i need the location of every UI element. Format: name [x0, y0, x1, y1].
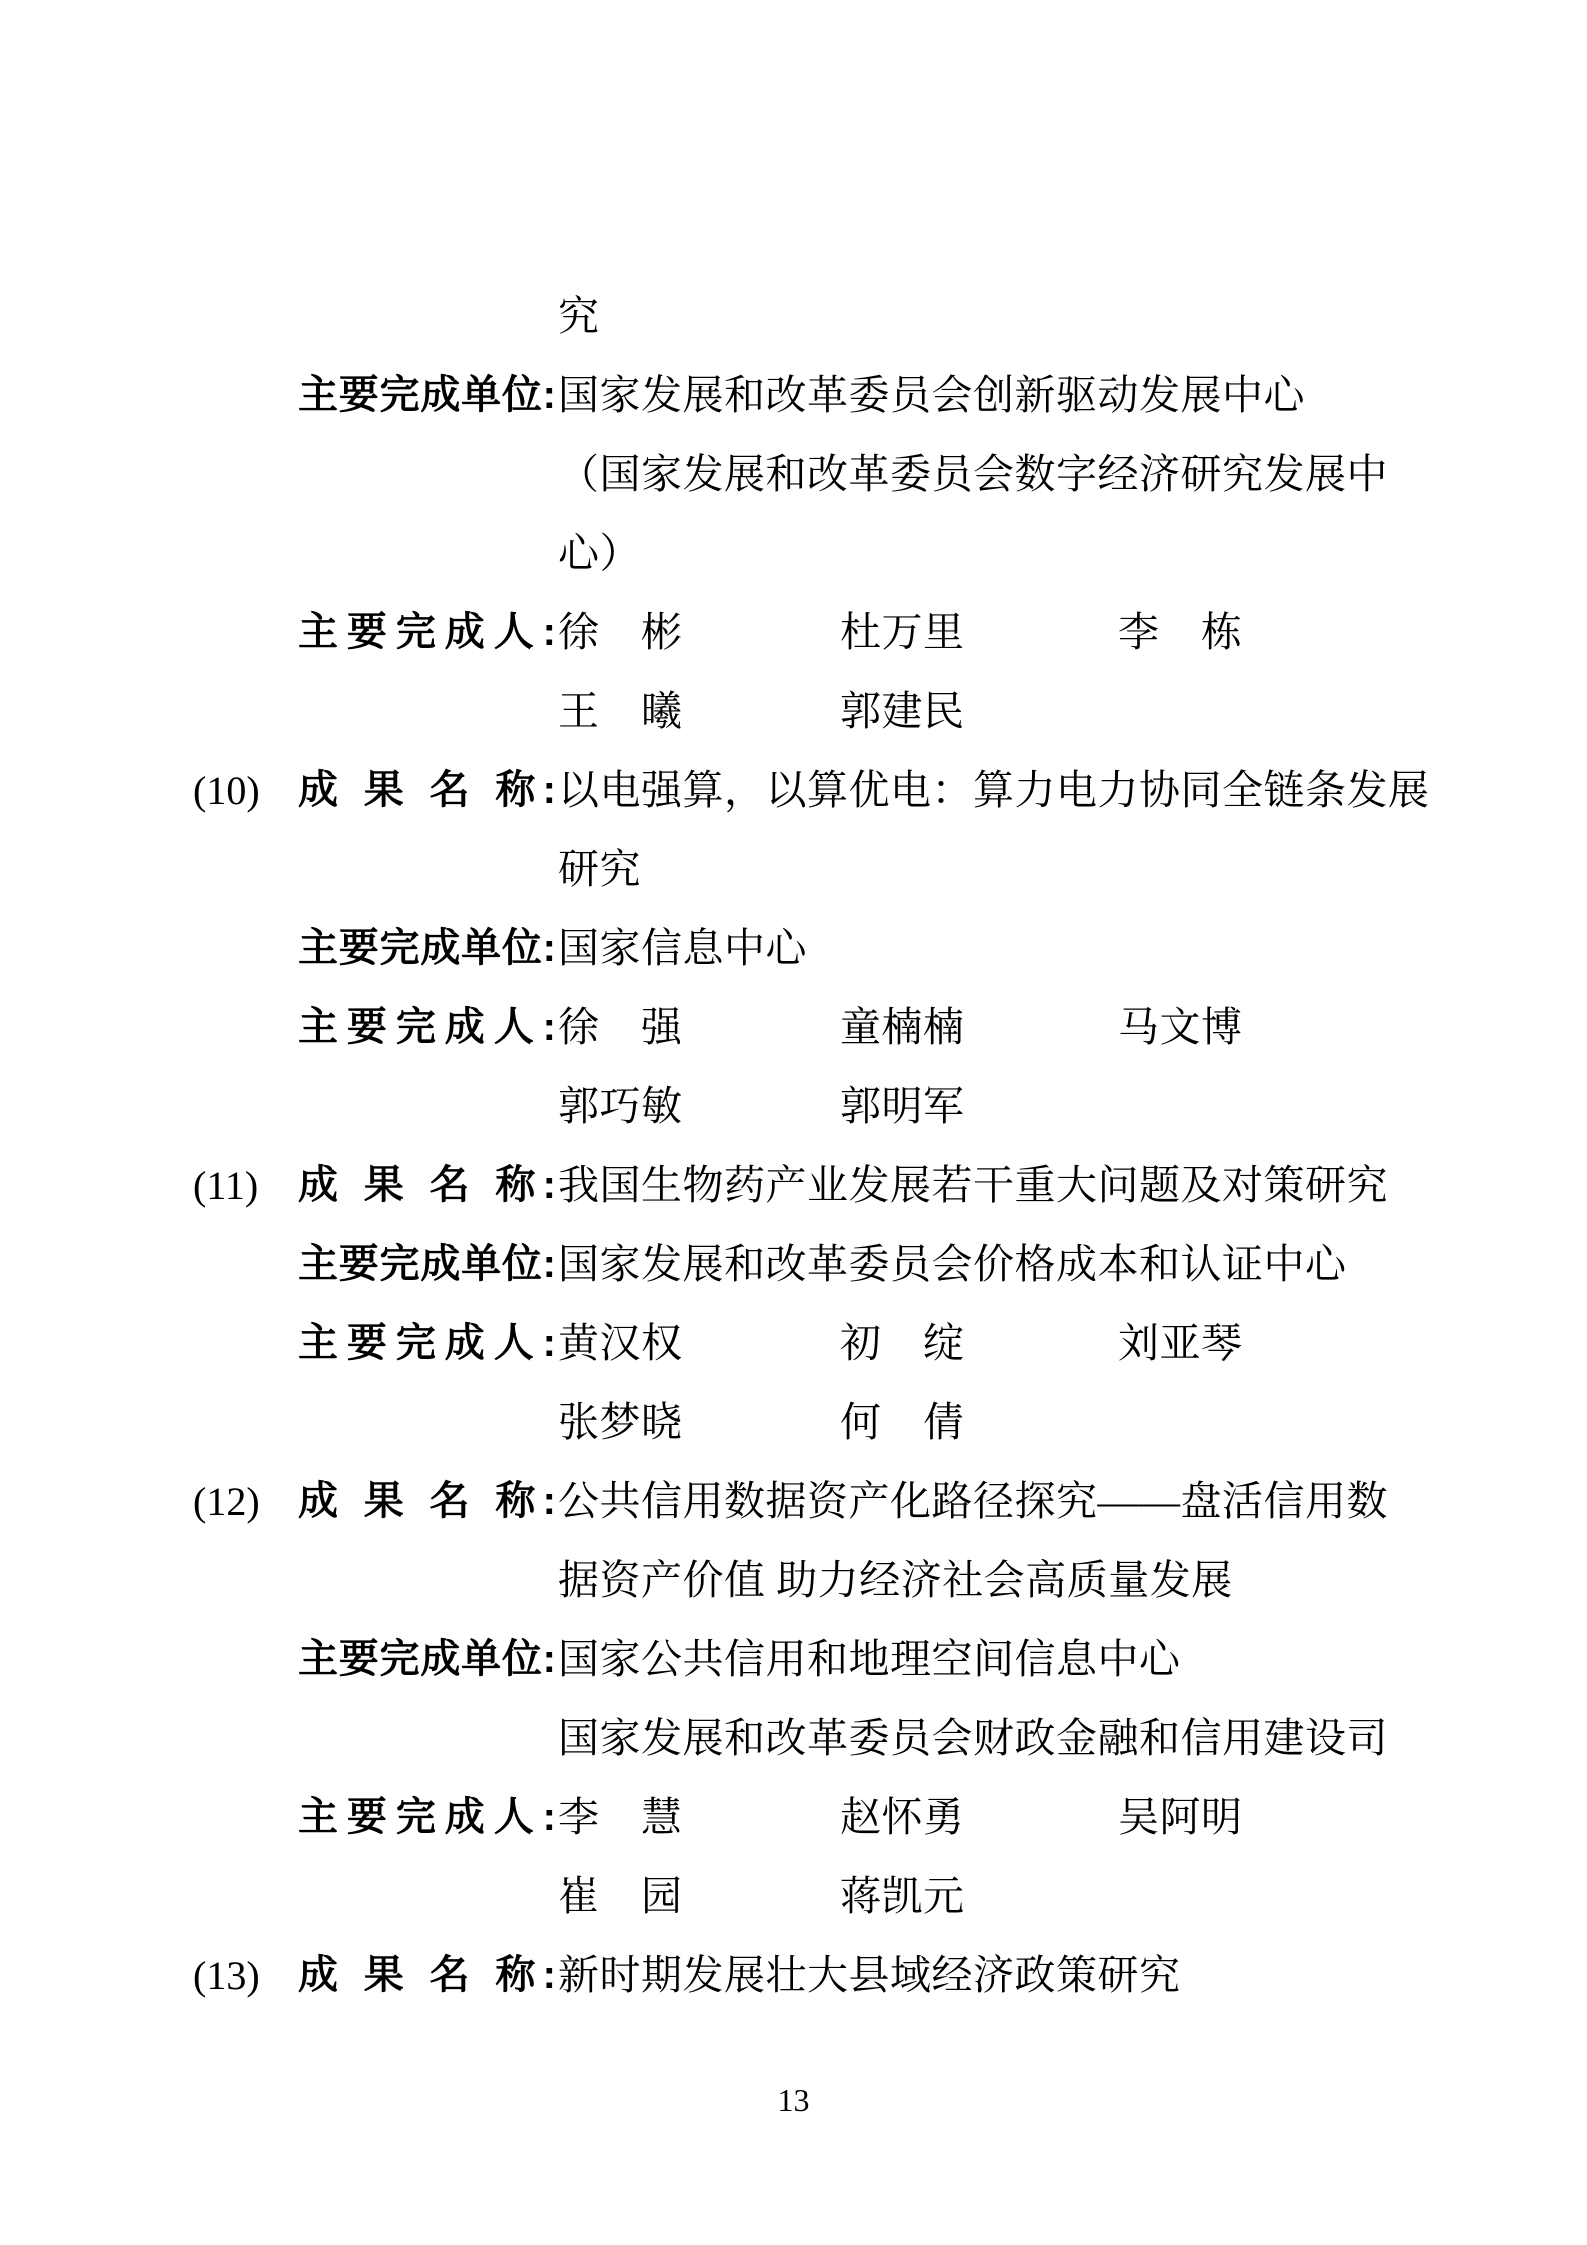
person-name: 张梦晓 [558, 1383, 683, 1462]
person-name: 吴阿明 [1118, 1778, 1243, 1857]
unit-label: 主要完成单位: [298, 1225, 556, 1304]
document-body: 究 主要完成单位: 国家发展和改革委员会创新驱动发展中心 （国家发展和改革委员会… [0, 277, 1587, 2015]
person-name: 蒋凯元 [840, 1857, 965, 1936]
persons-continuation-line: 张梦晓 何 倩 [0, 1383, 1587, 1462]
person-name: 郭巧敏 [558, 1067, 683, 1146]
person-name: 王 曦 [558, 672, 683, 751]
persons-line: 主要完成人: 黄汉权 初 绽 刘亚琴 [0, 1304, 1587, 1383]
unit-continuation-line: 心） [0, 514, 1587, 593]
title-continuation-line: 研究 [0, 830, 1587, 909]
achievement-title-text: 我国生物药产业发展若干重大问题及对策研究 [558, 1146, 1388, 1225]
person-name: 黄汉权 [558, 1304, 683, 1383]
person-name: 李 栋 [1118, 593, 1243, 672]
page-number: 13 [0, 2082, 1587, 2119]
item-number: (12) [193, 1462, 260, 1541]
item-title-line: (11) 成 果 名 称: 我国生物药产业发展若干重大问题及对策研究 [0, 1146, 1587, 1225]
achievement-title-text: 以电强算，以算优电：算力电力协同全链条发展 [558, 751, 1430, 830]
item-title-line: (10) 成 果 名 称: 以电强算，以算优电：算力电力协同全链条发展 [0, 751, 1587, 830]
unit-label: 主要完成单位: [298, 909, 556, 988]
persons-label: 主要完成人: [298, 988, 556, 1067]
unit-line: 主要完成单位: 国家发展和改革委员会价格成本和认证中心 [0, 1225, 1587, 1304]
unit-line: 主要完成单位: 国家信息中心 [0, 909, 1587, 988]
person-name: 李 慧 [558, 1778, 683, 1857]
unit-value: （国家发展和改革委员会数字经济研究发展中 [558, 435, 1388, 514]
unit-value: 国家信息中心 [558, 909, 807, 988]
persons-continuation-line: 郭巧敏 郭明军 [0, 1067, 1587, 1146]
persons-line: 主要完成人: 徐 强 童楠楠 马文博 [0, 988, 1587, 1067]
persons-line: 主要完成人: 徐 彬 杜万里 李 栋 [0, 593, 1587, 672]
item-title-line: (13) 成 果 名 称: 新时期发展壮大县域经济政策研究 [0, 1936, 1587, 2015]
person-name: 刘亚琴 [1118, 1304, 1243, 1383]
achievement-label: 成 果 名 称: [298, 1462, 556, 1541]
achievement-title-text: 公共信用数据资产化路径探究——盘活信用数 [558, 1462, 1388, 1541]
persons-line: 主要完成人: 李 慧 赵怀勇 吴阿明 [0, 1778, 1587, 1857]
document-page: 究 主要完成单位: 国家发展和改革委员会创新驱动发展中心 （国家发展和改革委员会… [0, 0, 1587, 2245]
person-name: 何 倩 [840, 1383, 965, 1462]
item-number: (13) [193, 1936, 260, 2015]
unit-continuation-line: 国家发展和改革委员会财政金融和信用建设司 [0, 1699, 1587, 1778]
person-name: 杜万里 [840, 593, 965, 672]
persons-continuation-line: 崔 园 蒋凯元 [0, 1857, 1587, 1936]
person-name: 徐 彬 [558, 593, 683, 672]
achievement-title-text: 据资产价值 助力经济社会高质量发展 [558, 1541, 1233, 1620]
title-continuation-line: 究 [0, 277, 1587, 356]
person-name: 赵怀勇 [840, 1778, 965, 1857]
persons-continuation-line: 王 曦 郭建民 [0, 672, 1587, 751]
item-number: (10) [193, 751, 260, 830]
achievement-title-text: 新时期发展壮大县域经济政策研究 [558, 1936, 1181, 2015]
unit-value: 心） [558, 514, 641, 593]
achievement-label: 成 果 名 称: [298, 1146, 556, 1225]
persons-label: 主要完成人: [298, 593, 556, 672]
unit-line: 主要完成单位: 国家发展和改革委员会创新驱动发展中心 [0, 356, 1587, 435]
achievement-title-text: 研究 [558, 830, 641, 909]
persons-label: 主要完成人: [298, 1304, 556, 1383]
unit-label: 主要完成单位: [298, 356, 556, 435]
title-continuation-line: 据资产价值 助力经济社会高质量发展 [0, 1541, 1587, 1620]
achievement-label: 成 果 名 称: [298, 1936, 556, 2015]
person-name: 郭明军 [840, 1067, 965, 1146]
unit-value: 国家发展和改革委员会财政金融和信用建设司 [558, 1699, 1388, 1778]
person-name: 徐 强 [558, 988, 683, 1067]
item-title-line: (12) 成 果 名 称: 公共信用数据资产化路径探究——盘活信用数 [0, 1462, 1587, 1541]
item-number: (11) [193, 1146, 258, 1225]
unit-line: 主要完成单位: 国家公共信用和地理空间信息中心 [0, 1620, 1587, 1699]
person-name: 初 绽 [840, 1304, 965, 1383]
persons-label: 主要完成人: [298, 1778, 556, 1857]
person-name: 马文博 [1118, 988, 1243, 1067]
person-name: 郭建民 [840, 672, 965, 751]
unit-label: 主要完成单位: [298, 1620, 556, 1699]
unit-value: 国家公共信用和地理空间信息中心 [558, 1620, 1181, 1699]
achievement-title-text: 究 [558, 277, 600, 356]
unit-value: 国家发展和改革委员会价格成本和认证中心 [558, 1225, 1347, 1304]
achievement-label: 成 果 名 称: [298, 751, 556, 830]
person-name: 童楠楠 [840, 988, 965, 1067]
unit-continuation-line: （国家发展和改革委员会数字经济研究发展中 [0, 435, 1587, 514]
person-name: 崔 园 [558, 1857, 683, 1936]
unit-value: 国家发展和改革委员会创新驱动发展中心 [558, 356, 1305, 435]
